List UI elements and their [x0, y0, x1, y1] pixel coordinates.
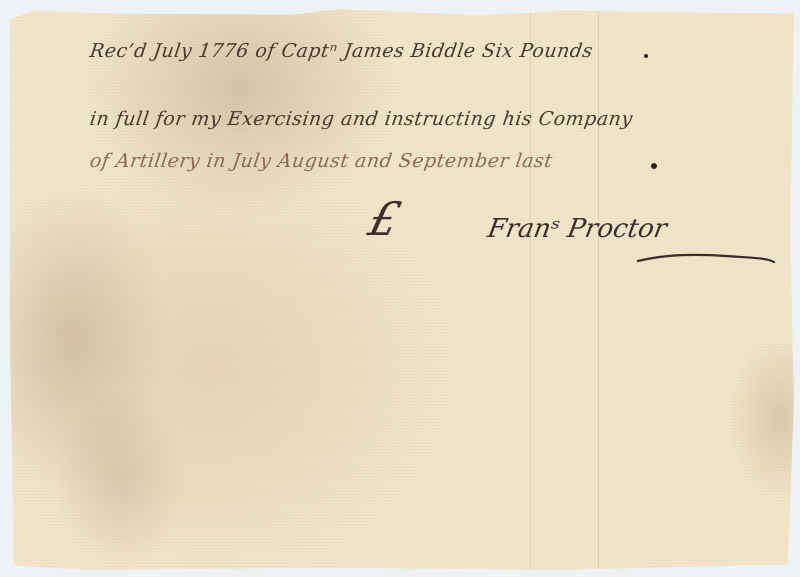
ink-dot — [644, 54, 648, 58]
receipt-line-2: in full for my Exercising and instructin… — [88, 108, 634, 130]
water-stain — [10, 8, 794, 570]
receipt-line-1: Rec’d July 1776 of Captⁿ James Biddle Si… — [88, 40, 594, 62]
signature: Franˢ Proctor — [485, 214, 669, 244]
ink-blot — [651, 163, 657, 169]
receipt-line-3: of Artillery in July August and Septembe… — [88, 150, 554, 172]
document-paper — [10, 8, 794, 570]
signature-flourish-icon — [636, 252, 776, 264]
